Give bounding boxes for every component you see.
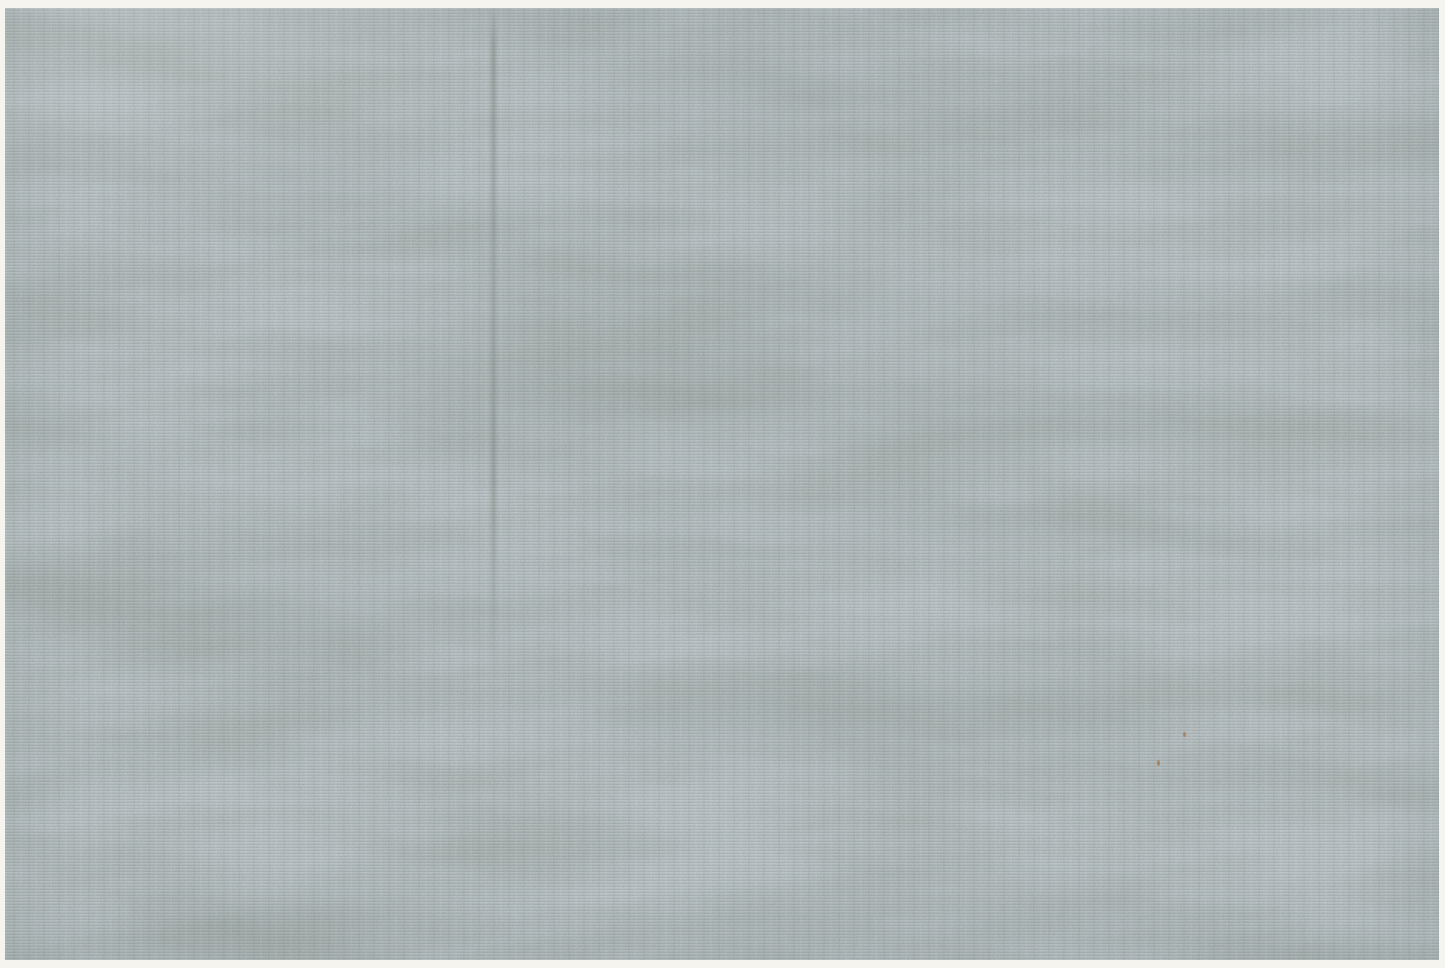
rust-speck <box>1183 732 1186 737</box>
abrash-band <box>555 478 1275 578</box>
abrash-band <box>145 338 1305 478</box>
abrash-band <box>5 548 735 678</box>
page: { "image": { "description": "Full-frame … <box>0 0 1445 968</box>
abrash-band <box>615 858 1335 958</box>
abrash-band <box>425 658 1265 788</box>
abrash-band <box>515 38 1155 158</box>
rug-photo-frame <box>0 0 1445 968</box>
rug-texture <box>5 8 1439 960</box>
abrash-band <box>45 878 585 960</box>
rust-speck <box>1157 760 1160 766</box>
abrash-band <box>65 88 495 258</box>
crease-line <box>491 8 496 668</box>
